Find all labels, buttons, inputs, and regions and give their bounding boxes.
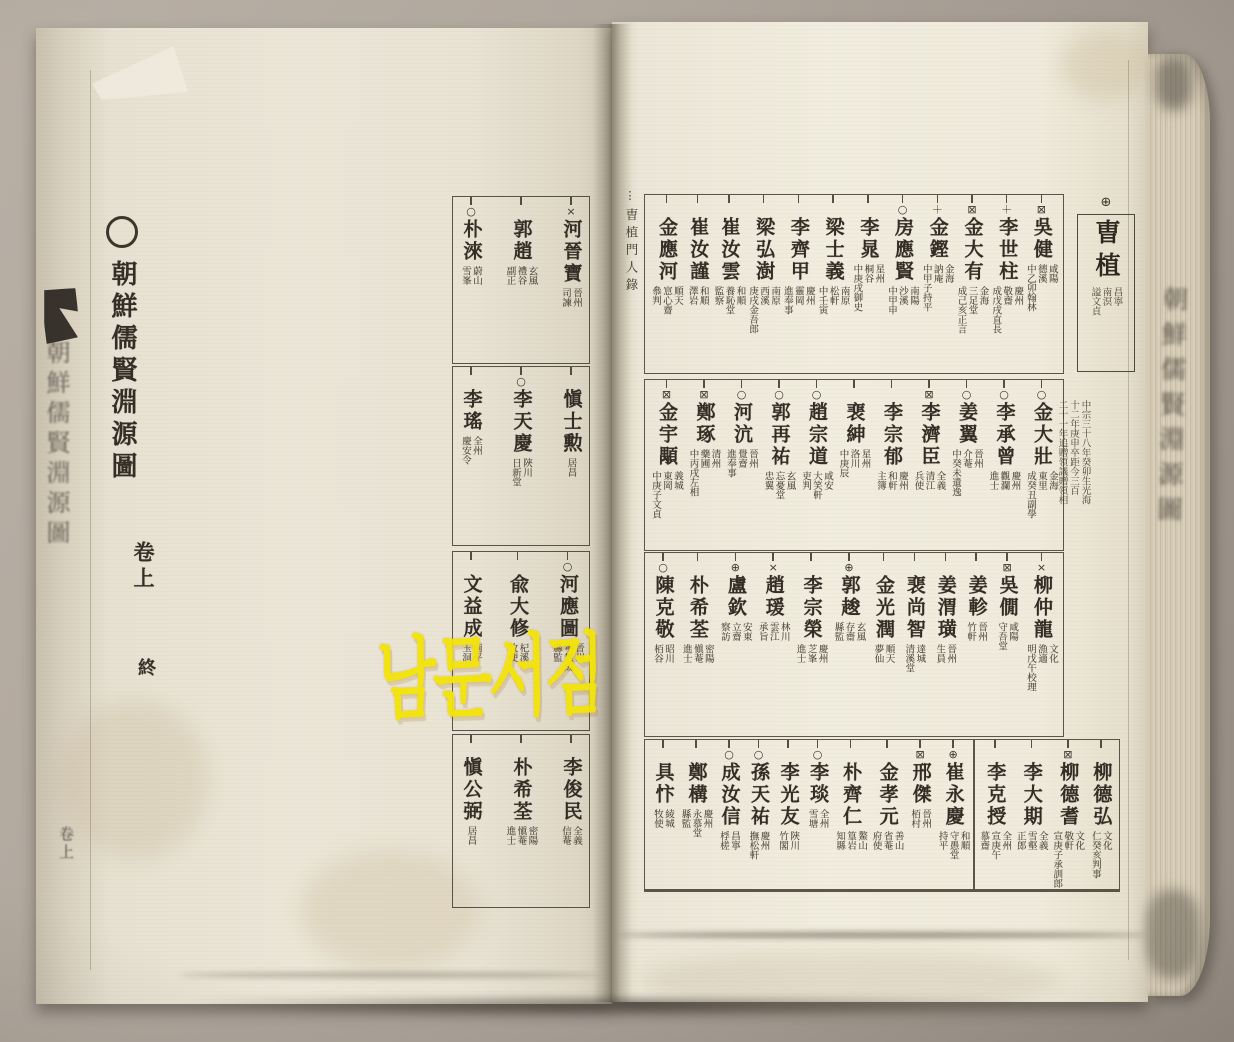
scholar-column: 金應河順天 悹心齋 叅判 [650,195,683,373]
scholar-annotation: 晉州 司諫 [560,288,582,307]
scholar-column: ×趙瑗林川 雲江 承旨 [757,553,790,736]
scholar-annotation: 慶州 觀瀾 進士 [988,471,1021,490]
column-divider [973,740,975,889]
scholar-name: 金宇顒 [657,402,676,468]
scholar-column: ⊠金大有金海 三足堂 成己亥正言 [955,195,988,373]
scholar-column: 鄭構慶州 永慕堂 縣監 [680,740,713,889]
scholar-column: 朴希荃密陽 愼菴 進士 [505,735,538,907]
name-columns: ○金大壯金海 東里 成癸丑副學○李承曾慶州 觀瀾 進士○姜翼晉州 介菴 中癸未遺… [645,380,1063,550]
scholar-column: 李大期全義 雪壑 正郎 [1015,740,1048,889]
scholar-annotation: 咸陽 守吾堂 [996,622,1018,651]
scholar-column: 裵紳星州 洛川 中庚辰 [838,380,871,550]
scholar-column: 愼士勲居昌 [558,367,584,545]
scholar-column: 柳德弘文化 仁癸亥判事 [1088,740,1114,889]
right-band-3: ×柳仲龍文化 漁適 明戊午校理⊠吳僩咸陽 守吾堂姜軫晉州 竹軒姜渭璜晉州 生員裵… [644,552,1064,737]
scholar-annotation: 全義 信菴 [560,826,582,845]
scholar-name: 金光潤 [874,575,893,641]
scholar-annotation: 和順 養恥堂 監察 [712,286,745,315]
scholar-name: 郭再祐 [770,402,789,468]
scholar-name: 姜翼 [957,402,976,446]
scholar-name: 李天慶 [512,389,531,455]
volume-label: 卷上 [128,541,158,593]
scholar-name: 姜渭璜 [936,575,955,641]
scholar-name: 朴希荃 [512,757,531,823]
connector-tick [695,740,697,748]
scholar-column: ○李天慶陜川 日新堂 [508,367,534,545]
edge-smudge [1146,890,1200,978]
scholar-column: 李宗郁慶州 和軒 主簿 [875,380,908,550]
margin-note-dots: ⋮ [625,190,638,202]
scholar-name: 吳僩 [998,575,1017,619]
scholar-column: ⊠鄭琢清州 藥圃 中丙戌左相 [688,380,721,550]
scholar-annotation: 昌寧 桴槎 [718,831,740,850]
connector-tick [570,197,572,205]
scholar-annotation: 晉州 竹軒 [965,622,987,641]
scholar-column: ⊠李濟臣全義 清江 兵使 [913,380,946,550]
scholar-name: 李光友 [779,762,798,828]
scholar-annotation: 昭川 栢谷 [652,644,674,663]
scholar-annotation: 居昌 [466,826,477,845]
scholar-name: 邢傑 [911,762,930,806]
status-symbol: ○ [737,388,747,402]
scholar-column: ○房應賢南陽 沙溪 中甲申 [886,195,919,373]
scholar-column: ⊕崔永慶和順 守愚堂 持平 [937,740,970,889]
title-circle-mark [106,216,138,248]
name-columns: ⊠吳健咸陽 德溪 中乙卯翰林＋李世柱慶州 敬齋 成戊戌直長⊠金大有金海 三足堂 … [645,195,1063,373]
connector-tick [1031,740,1033,748]
connector-tick [928,380,930,388]
scholar-annotation: 慶州 和軒 主簿 [875,471,908,490]
master-entry: ⊕ 曺植 昌寧 南溟 謚文貞 [1074,196,1138,372]
scholar-column: 李晁星州 桐谷 中庚戌御史 [851,195,884,373]
scholar-annotation: 居昌 [566,458,577,477]
connector-tick [886,740,888,748]
scholar-annotation: 和順 守愚堂 持平 [937,831,970,860]
scholar-column: ○河沆晉州 覺齋 進奉事 [725,380,758,550]
status-symbol: ⊠ [699,388,708,402]
connector-tick [867,195,869,203]
scholar-name: 趙瑗 [764,575,783,619]
master-box: 曺植 昌寧 南溟 謚文貞 [1077,214,1135,372]
scholar-name: 李瑤 [462,389,481,433]
status-symbol: ⊠ [924,388,933,402]
connector-tick [966,380,968,388]
connector-tick [1067,740,1069,748]
book-photo: 朝鮮儒賢淵源圖 卷上 朝鮮儒賢淵源圖 卷上 終 ×河晉寶晉州 司諫郭趙玄風 禮谷… [0,0,1234,1042]
scholar-name: 金應河 [657,217,676,283]
scholar-column: 金孝元善山 省菴 府使 [871,740,904,889]
status-symbol: ○ [1037,388,1047,402]
connector-tick [570,367,572,375]
scholar-name: 河晉寶 [562,219,581,285]
connector-tick [697,195,699,203]
status-symbol: ＋ [1001,203,1012,217]
status-symbol: ⊕ [1101,196,1112,214]
scholar-column: ⊠邢傑晉州 栢村 [907,740,933,889]
scholar-annotation: 慶州 撫松軒 [748,831,770,860]
scholar-column: 朴希荃密陽 愼菴 進士 [681,553,714,736]
connector-tick [914,553,916,561]
scholar-annotation: 達城 清溪堂 [903,644,925,673]
scholar-column: 姜渭璜晉州 生員 [932,553,958,736]
connector-tick [1100,740,1102,748]
status-symbol: ○ [813,748,823,762]
scholar-name: 愼士勲 [562,389,581,455]
scholar-column: ⊕盧欽安東 立齋 察訪 [719,553,752,736]
connector-tick [1006,553,1008,561]
scholar-name: 柳德耆 [1058,762,1077,828]
scholar-annotation: 順天 悹心齋 叅判 [650,286,683,315]
scholar-name: 朴淶 [462,219,481,263]
scholar-name: 崔汝雲 [719,217,738,283]
scholar-column: 崔汝謹和順 澤岩 [685,195,711,373]
scholar-column: 具忭綾城 牧使 [650,740,676,889]
scholar-annotation: 蔚山 雪峯 [460,266,482,285]
scholar-annotation: 善山 省菴 府使 [871,831,904,850]
status-symbol: ○ [898,203,908,217]
scholar-name: 梁士義 [824,217,843,283]
connector-tick [470,735,472,743]
scholar-column: ⊠柳德耆文化 敬軒 宣庚子承訓郎 [1051,740,1084,889]
status-symbol: × [1037,561,1046,575]
scholar-annotation: 星州 桐谷 中庚戌御史 [851,264,884,312]
connector-tick [1006,195,1008,203]
connector-tick [470,552,472,560]
connector-tick [891,380,893,388]
connector-tick [758,740,760,748]
scholar-name: 郭䞭 [840,575,859,619]
master-name: 曺植 [1088,219,1124,285]
fold-crease [1128,60,1129,960]
scholar-name: 朴希荃 [688,575,707,641]
connector-tick [728,195,730,203]
connector-tick [848,553,850,561]
scholar-name: 李晁 [858,217,877,261]
status-symbol: ○ [658,561,668,575]
scholar-name: 李濟臣 [920,402,939,468]
connector-tick [470,197,472,205]
scholar-annotation: 義城 東岡 中庚子文貞 [650,471,683,519]
scholar-annotation: 晉州 生員 [934,644,956,663]
margin-note: ⋮ 曺植門人錄 [620,190,642,296]
connector-tick [662,740,664,748]
connector-tick [520,735,522,743]
scholar-column: 李俊民全義 信菴 [558,735,584,907]
scholar-name: 裵紳 [845,402,864,446]
connector-tick [1041,380,1043,388]
scholar-column: ○成汝信昌寧 桴槎 [716,740,742,889]
name-columns: 愼士勲居昌○李天慶陜川 日新堂李瑤全州 慶安令 [453,367,589,545]
scholar-column: 李瑤全州 慶安令 [458,367,484,545]
page-curl-shadow [618,932,1146,938]
connector-tick [703,380,705,388]
scholar-annotation: 密陽 愼菴 進士 [681,644,714,663]
connector-tick [945,553,947,561]
connector-tick [517,552,519,560]
scholar-column: ○金大壯金海 東里 成癸丑副學 [1025,380,1058,550]
connector-tick [520,367,522,375]
scholar-name: 成汝信 [720,762,739,828]
scholar-column: 李宗榮慶州 芝峯 進士 [795,553,828,736]
scholar-annotation: 綾城 牧使 [652,809,674,828]
connector-tick [570,735,572,743]
scholar-annotation: 陜川 日新堂 [510,458,532,487]
scholar-annotation: 金海 三足堂 成己亥正言 [955,286,988,334]
name-columns: ×柳仲龍文化 漁適 明戊午校理⊠吳僩咸陽 守吾堂姜軫晉州 竹軒姜渭璜晉州 生員裵… [645,553,1063,736]
scholar-column: ○陳克敬昭川 栢谷 [650,553,676,736]
status-symbol: ⊕ [731,561,740,575]
connector-tick [470,367,472,375]
connector-tick [850,740,852,748]
scholar-annotation: 晉州 介菴 中癸未遺逸 [950,449,983,497]
connector-tick [919,740,921,748]
connector-tick [798,195,800,203]
scholar-name: 李琰 [808,762,827,806]
scholar-annotation: 全州 宣庚午 慕齋 [978,831,1011,860]
scholar-name: 陳克敬 [654,575,673,641]
scholar-name: 具忭 [654,762,673,806]
scholar-annotation: 文化 敬軒 宣庚子承訓郎 [1051,831,1084,888]
status-symbol: ⊠ [1063,748,1072,762]
connector-tick [816,380,818,388]
connector-tick [662,553,664,561]
scholar-annotation: 慶州 敬齋 成戊戌直長 [990,286,1023,334]
scholar-annotation: 順天 夢仙 [872,644,894,663]
scholar-annotation: 咸安 大笑軒 吏判 [800,471,833,500]
scholar-name: 愼公弼 [462,757,481,823]
left-band-1: ×河晉寶晉州 司諫郭趙玄風 禮谷 副正○朴淶蔚山 雪峯 [452,196,590,364]
connector-tick [697,553,699,561]
scholar-column: 李齊甲慶州 靈岡 進奉事 [782,195,815,373]
right-band-1: ⊠吳健咸陽 德溪 中乙卯翰林＋李世柱慶州 敬齋 成戊戌直長⊠金大有金海 三足堂 … [644,194,1064,374]
scholar-column: 姜軫晉州 竹軒 [963,553,989,736]
scholar-name: 李俊民 [562,757,581,823]
scholar-annotation: 慶州 永慕堂 縣監 [680,809,713,838]
status-symbol: ○ [812,388,822,402]
status-symbol: ⊠ [662,388,671,402]
scholar-column: 裵尚智達城 清溪堂 [901,553,927,736]
status-symbol: ⊠ [967,203,976,217]
connector-tick [741,380,743,388]
connector-tick [853,380,855,388]
scholar-annotation: 玄風 存齋 縣監 [833,622,866,641]
connector-tick [810,553,812,561]
bookstore-watermark: 남문서점 [376,604,602,737]
connector-tick [728,740,730,748]
connector-tick [832,195,834,203]
scholar-annotation: 全州 慶安令 [460,436,482,465]
status-symbol: ⊕ [844,561,853,575]
status-symbol: ○ [466,205,476,219]
scholar-annotation: 晉州 覺齋 進奉事 [725,449,758,478]
scholar-annotation: 金海 東里 成癸丑副學 [1025,471,1058,519]
scholar-column: ○郭再祐玄風 忘憂堂 忠翼 [763,380,796,550]
right-band-4: 柳德弘文化 仁癸亥判事⊠柳德耆文化 敬軒 宣庚子承訓郎李大期全義 雪壑 正郎李克… [644,739,1120,892]
scholar-annotation: 玄風 忘憂堂 忠翼 [763,471,796,500]
master-annotation: 昌寧 南溟 謚文貞 [1090,287,1123,316]
connector-tick [1041,195,1043,203]
status-symbol: ＋ [932,203,943,217]
scholar-annotation: 和順 澤岩 [687,286,709,305]
scholar-name: 朴齊仁 [841,762,860,828]
scholar-name: 鄭構 [687,762,706,806]
scholar-name: 李克授 [985,762,1004,828]
scholar-annotation: 清州 藥圃 中丙戌左相 [688,449,721,497]
scholar-column: 愼公弼居昌 [458,735,484,907]
scholar-column: 梁士義南原 松軒 中壬寅 [817,195,850,373]
page-curl-shadow [180,972,600,978]
connector-tick [952,740,954,748]
scholar-column: ×河晉寶晉州 司諫 [558,197,584,363]
scholar-column: 金光潤順天 夢仙 [870,553,896,736]
connector-tick [1041,553,1043,561]
scholar-annotation: 密陽 愼菴 進士 [505,826,538,845]
scholar-name: 裵尚智 [905,575,924,641]
scholar-annotation: 南原 松軒 中壬寅 [817,286,850,315]
left-band-2: 愼士勲居昌○李天慶陜川 日新堂李瑤全州 慶安令 [452,366,590,546]
scholar-column: ＋金鏗金海 訥庵 中甲子持平 [921,195,954,373]
status-symbol: ⊠ [1002,561,1011,575]
scholar-column: 崔汝雲和順 養恥堂 監察 [712,195,745,373]
connector-tick [778,380,780,388]
scholar-name: 李世柱 [997,217,1016,283]
connector-tick [1003,380,1005,388]
scholar-name: 李承曾 [995,402,1014,468]
scholar-annotation: 林川 雲江 承旨 [757,622,790,641]
scholar-name: 鄭琢 [695,402,714,446]
status-symbol: ○ [754,748,764,762]
status-symbol: ○ [563,560,573,574]
scholar-annotation: 慶州 芝峯 進士 [795,644,828,663]
connector-tick [994,740,996,748]
scholar-column: 朴齊仁鰲山 篁岩 知縣 [834,740,867,889]
connector-tick [937,195,939,203]
scholar-name: 吳健 [1032,217,1051,261]
right-band-2: ○金大壯金海 東里 成癸丑副學○李承曾慶州 觀瀾 進士○姜翼晉州 介菴 中癸未遺… [644,379,1064,551]
scholar-name: 李大期 [1022,762,1041,828]
scholar-column: ○趙宗道咸安 大笑軒 吏判 [800,380,833,550]
scholar-name: 李齊甲 [789,217,808,283]
status-symbol: ○ [999,388,1009,402]
status-symbol: ○ [724,748,734,762]
scholar-name: 李宗郁 [882,402,901,468]
scholar-column: ○朴淶蔚山 雪峯 [458,197,484,363]
status-symbol: ⊠ [916,748,925,762]
book-shadow [70,998,1160,1028]
status-symbol: ⊠ [1037,203,1046,217]
scholar-annotation: 南原 西溪 庚戌金吾郎 [747,286,780,334]
scholar-column: ○孫天祐慶州 撫松軒 [746,740,772,889]
scholar-annotation: 文化 仁癸亥判事 [1090,831,1112,879]
scholar-annotation: 金海 訥庵 中甲子持平 [921,264,954,312]
scholar-name: 梁弘澍 [754,217,773,283]
name-columns: ×河晉寶晉州 司諫郭趙玄風 禮谷 副正○朴淶蔚山 雪峯 [453,197,589,363]
status-symbol: ○ [774,388,784,402]
scholar-annotation: 安東 立齋 察訪 [719,622,752,641]
scholar-column: 李光友陜川 竹閣 [775,740,801,889]
scholar-annotation: 文化 漁適 明戊午校理 [1025,644,1058,692]
scholar-annotation: 星州 洛川 中庚辰 [838,449,871,478]
connector-tick [520,197,522,205]
scholar-name: 金鏗 [928,217,947,261]
scholar-column: ○李承曾慶州 觀瀾 進士 [988,380,1021,550]
scholar-annotation: 南陽 沙溪 中甲申 [886,286,919,315]
scholar-name: 金大有 [962,217,981,283]
scholar-name: 金孝元 [878,762,897,828]
status-symbol: ○ [962,388,972,402]
status-symbol: ○ [516,375,526,389]
margin-note-text: 曺植門人錄 [622,208,640,296]
scholar-column: ×柳仲龍文化 漁適 明戊午校理 [1025,553,1058,736]
connector-tick [971,195,973,203]
connector-tick [772,553,774,561]
scholar-column: ○姜翼晉州 介菴 中癸未遺逸 [950,380,983,550]
name-columns: 柳德弘文化 仁癸亥判事⊠柳德耆文化 敬軒 宣庚子承訓郎李大期全義 雪壑 正郎李克… [645,740,1119,889]
connector-tick [567,552,569,560]
scholar-name: 盧欽 [726,575,745,619]
scholar-name: 孫天祐 [749,762,768,828]
scholar-column: ⊠金宇顒義城 東岡 中庚子文貞 [650,380,683,550]
spine-title: 朝鮮儒賢淵源圖 [44,340,74,670]
scholar-column: ＋李世柱慶州 敬齋 成戊戌直長 [990,195,1023,373]
scholar-annotation: 全義 雪壑 正郎 [1015,831,1048,850]
spine-volume: 卷上 [56,826,77,862]
name-columns: 李俊民全義 信菴朴希荃密陽 愼菴 進士愼公弼居昌 [453,735,589,907]
scholar-column: 梁弘澍南原 西溪 庚戌金吾郎 [747,195,780,373]
book-title: 朝鮮儒賢淵源圖 [104,260,141,484]
left-band-4: 李俊民全義 信菴朴希荃密陽 愼菴 進士愼公弼居昌 [452,734,590,908]
connector-tick [763,195,765,203]
connector-tick [787,740,789,748]
scholar-name: 房應賢 [893,217,912,283]
scholar-annotation: 全州 雪塘 [807,809,829,828]
scholar-column: 李克授全州 宣庚午 慕齋 [978,740,1011,889]
scholar-annotation: 慶州 靈岡 進奉事 [782,286,815,315]
connector-tick [735,553,737,561]
status-symbol: × [566,205,575,219]
scholar-column: 郭趙玄風 禮谷 副正 [505,197,538,363]
scholar-name: 李宗榮 [802,575,821,641]
scholar-name: 郭趙 [512,219,531,263]
scholar-name: 姜軫 [967,575,986,619]
scholar-name: 柳德弘 [1091,762,1110,828]
status-symbol: ⊕ [949,748,958,762]
connector-tick [902,195,904,203]
scholar-column: ⊕郭䞭玄風 存齋 縣監 [833,553,866,736]
scholar-column: ⊠吳健咸陽 德溪 中乙卯翰林 [1025,195,1058,373]
scholar-column: ⊠吳僩咸陽 守吾堂 [994,553,1020,736]
connector-tick [975,553,977,561]
scholar-name: 趙宗道 [807,402,826,468]
scholar-annotation: 鰲山 篁岩 知縣 [834,831,867,850]
scholar-annotation: 陜川 竹閣 [777,831,799,850]
connector-tick [883,553,885,561]
scholar-name: 崔汝謹 [688,217,707,283]
scholar-name: 金大壯 [1032,402,1051,468]
scholar-name: 崔永慶 [944,762,963,828]
edge-smudge [1156,56,1192,110]
fold-crease [90,70,91,970]
connector-tick [666,380,668,388]
connector-tick [817,740,819,748]
scholar-name: 柳仲龍 [1032,575,1051,641]
scholar-annotation: 全義 清江 兵使 [913,471,946,490]
connector-tick [666,195,668,203]
status-symbol: × [769,561,778,575]
scholar-annotation: 玄風 禮谷 副正 [505,266,538,285]
end-mark: 終 [132,658,158,676]
scholar-column: ○李琰全州 雪塘 [805,740,831,889]
